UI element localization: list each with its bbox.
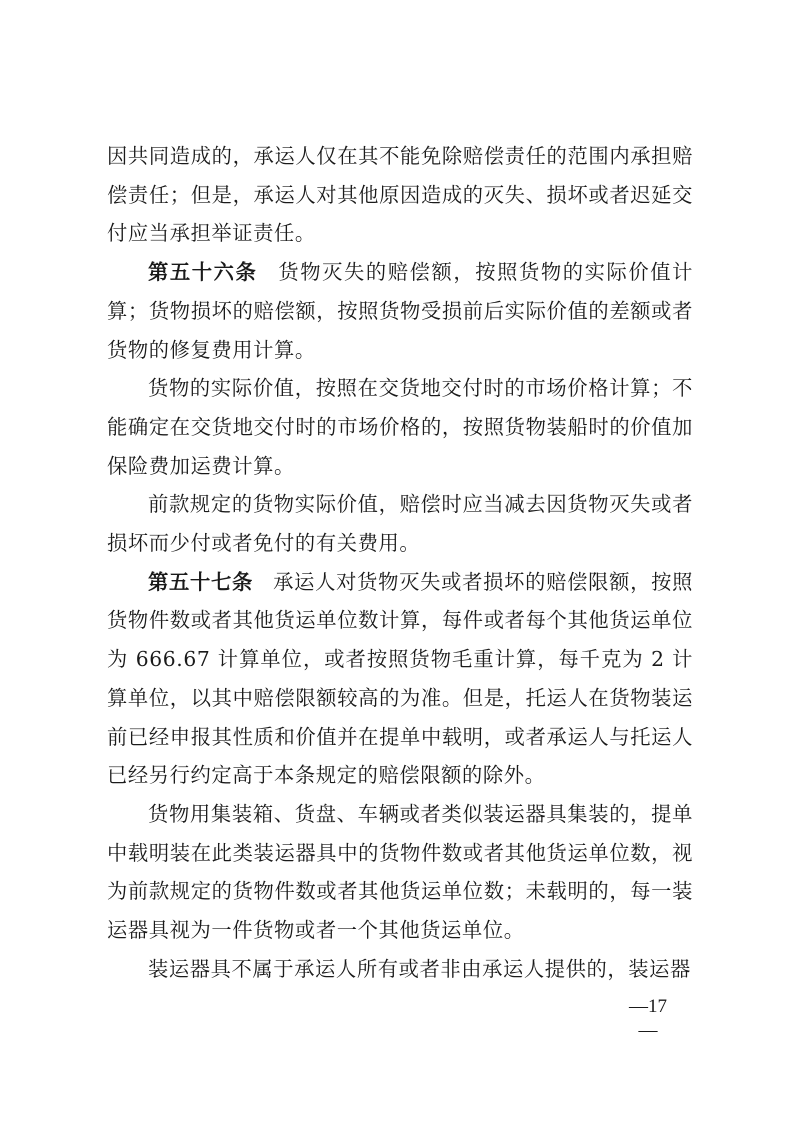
page-number: —17— bbox=[620, 995, 676, 1043]
paragraph-article-57: 第五十七条承运人对货物灭失或者损坏的赔偿限额，按照货物件数或者其他货运单位数计算… bbox=[107, 563, 693, 795]
paragraph-actual-value: 货物的实际价值，按照在交货地交付时的市场价格计算；不能确定在交货地交付时的市场价… bbox=[107, 369, 693, 485]
paragraph-article-56: 第五十六条货物灭失的赔偿额，按照货物的实际价值计算；货物损坏的赔偿额，按照货物受… bbox=[107, 253, 693, 369]
paragraph-equipment: 装运器具不属于承运人所有或者非由承运人提供的，装运器 bbox=[107, 950, 693, 989]
paragraph-continuation: 因共同造成的，承运人仅在其不能免除赔偿责任的范围内承担赔偿责任；但是，承运人对其… bbox=[107, 137, 693, 253]
article-heading: 第五十七条 bbox=[148, 570, 253, 594]
paragraph-containers: 货物用集装箱、货盘、车辆或者类似装运器具集装的，提单中载明装在此类装运器具中的货… bbox=[107, 795, 693, 950]
document-body: 因共同造成的，承运人仅在其不能免除赔偿责任的范围内承担赔偿责任；但是，承运人对其… bbox=[107, 137, 693, 988]
paragraph-deduction: 前款规定的货物实际价值，赔偿时应当减去因货物灭失或者损坏而少付或者免付的有关费用… bbox=[107, 485, 693, 562]
document-page: 因共同造成的，承运人仅在其不能免除赔偿责任的范围内承担赔偿责任；但是，承运人对其… bbox=[0, 0, 793, 1122]
paragraph-text: 承运人对货物灭失或者损坏的赔偿限额，按照货物件数或者其他货运单位数计算，每件或者… bbox=[107, 570, 693, 788]
paragraph-text: 货物的实际价值，按照在交货地交付时的市场价格计算；不能确定在交货地交付时的市场价… bbox=[107, 376, 693, 477]
paragraph-text: 因共同造成的，承运人仅在其不能免除赔偿责任的范围内承担赔偿责任；但是，承运人对其… bbox=[107, 144, 693, 245]
paragraph-text: 货物用集装箱、货盘、车辆或者类似装运器具集装的，提单中载明装在此类装运器具中的货… bbox=[107, 802, 693, 942]
article-heading: 第五十六条 bbox=[148, 260, 257, 284]
paragraph-text: 前款规定的货物实际价值，赔偿时应当减去因货物灭失或者损坏而少付或者免付的有关费用… bbox=[107, 492, 693, 555]
paragraph-text: 装运器具不属于承运人所有或者非由承运人提供的，装运器 bbox=[148, 957, 691, 981]
